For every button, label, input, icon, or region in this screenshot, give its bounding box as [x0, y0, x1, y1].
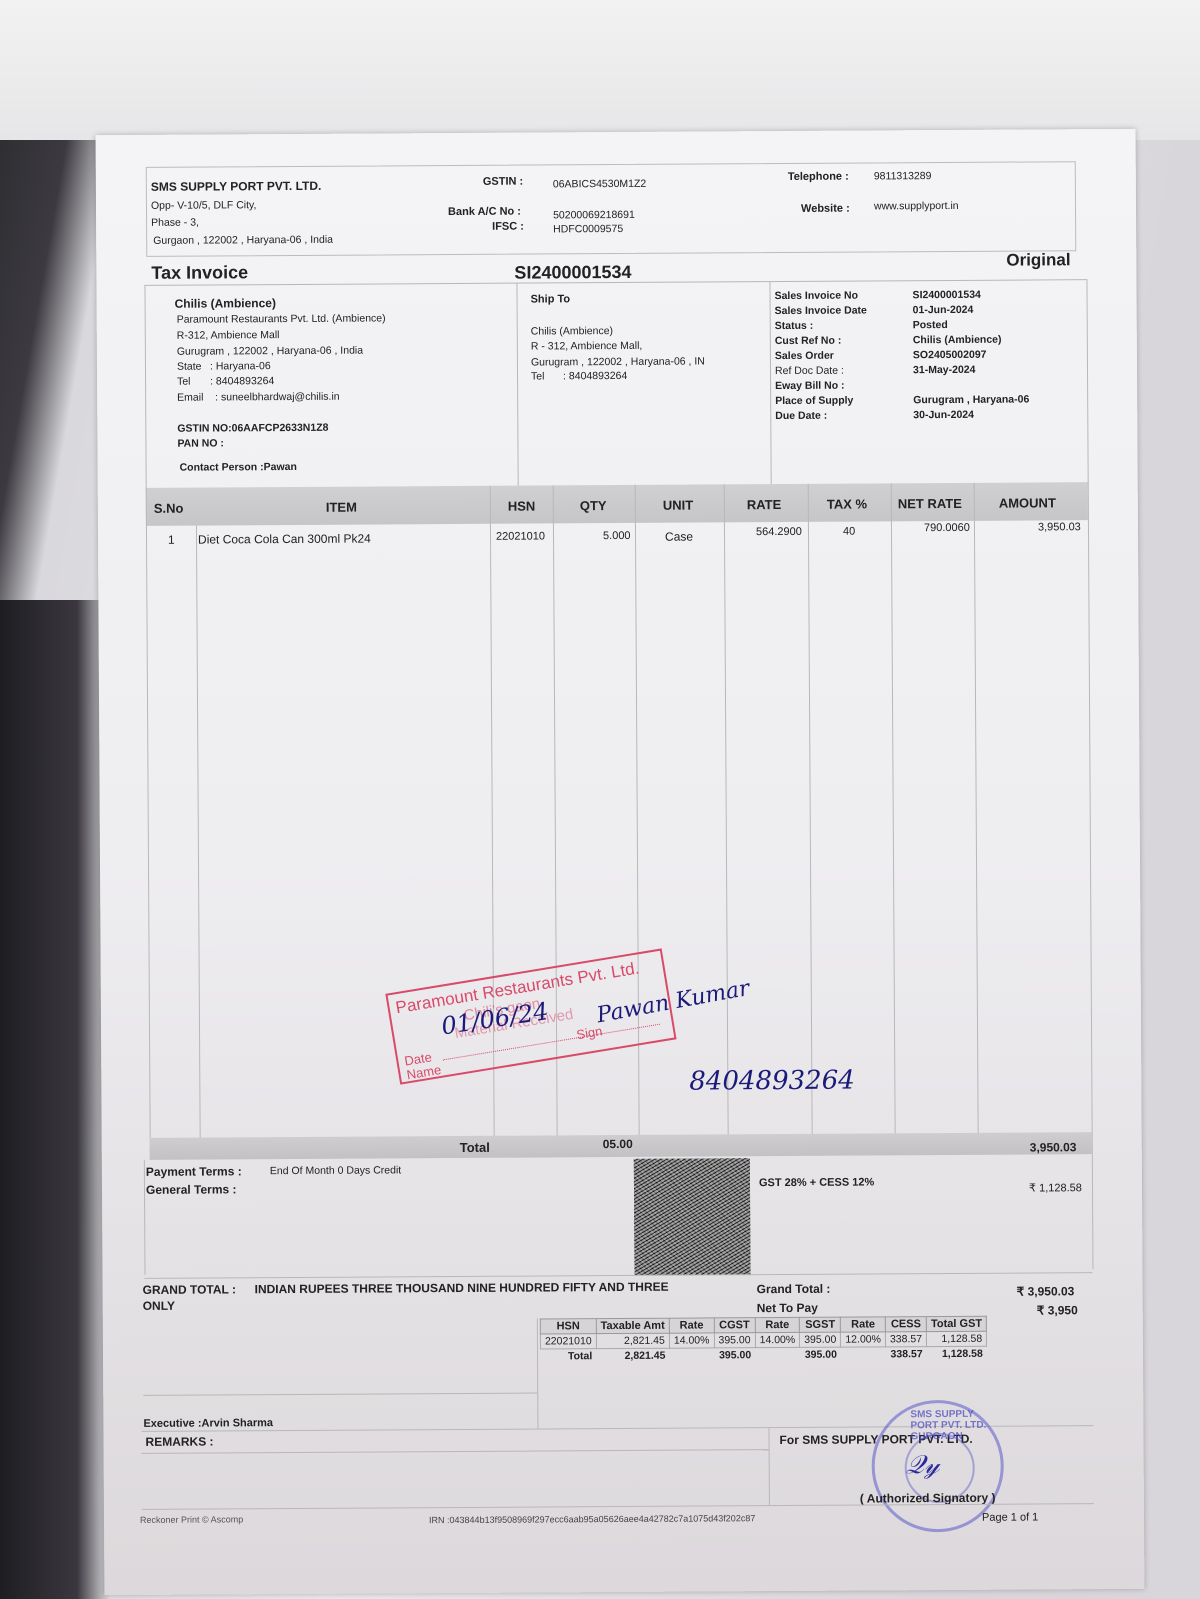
background-shadow — [0, 600, 110, 1599]
col-rate: RATE — [747, 497, 782, 512]
seller-address-2: Phase - 3, — [151, 216, 199, 231]
gst-empty — [841, 1347, 886, 1362]
gst-col-taxable: Taxable Amt — [596, 1318, 669, 1333]
gst-col-cess: CESS — [885, 1317, 926, 1332]
meta-value-status: Posted — [913, 317, 1029, 333]
ifsc-label: IFSC : — [492, 221, 524, 233]
gst-total-row: Total 2,821.45 395.00 395.00 338.57 1,12… — [540, 1346, 986, 1363]
col-qty: QTY — [580, 498, 607, 513]
handwritten-phone: 8404893264 — [689, 1066, 855, 1097]
bill-to-line-2: R-312, Ambience Mall — [177, 328, 280, 344]
seller-website[interactable]: www.supplyport.in — [874, 200, 959, 213]
meta-value-invoice-no: SI2400001534 — [913, 287, 1029, 303]
grand-total-words-label: GRAND TOTAL : — [143, 1282, 236, 1298]
bill-to-email: : suneelbhardwaj@chilis.in — [215, 390, 340, 406]
gst-cell: 395.00 — [714, 1333, 755, 1348]
seller-name: SMS SUPPLY PORT PVT. LTD. — [151, 179, 322, 194]
website-label: Website : — [801, 203, 850, 215]
print-credit: Reckoner Print © Ascomp — [140, 1514, 243, 1525]
gst-col-rate: Rate — [755, 1317, 800, 1332]
gst-total-gst: 1,128.58 — [927, 1346, 987, 1361]
col-hsn: HSN — [508, 499, 536, 514]
gst-col-total: Total GST — [926, 1316, 986, 1331]
doc-number: SI2400001534 — [514, 262, 631, 284]
payment-terms-value: End Of Month 0 Days Credit — [270, 1164, 401, 1177]
gst-total-label: Total — [540, 1349, 596, 1364]
gst-total-cess: 338.57 — [885, 1347, 926, 1362]
background-surface — [0, 0, 1200, 140]
row-amount: 3,950.03 — [1038, 521, 1081, 533]
meta-label: Due Date : — [775, 408, 867, 424]
invoice-document: SMS SUPPLY PORT PVT. LTD. Opp- V-10/5, D… — [96, 129, 1145, 1595]
gst-empty — [669, 1348, 714, 1363]
gst-empty — [755, 1347, 800, 1362]
tax-summary-amount: ₹ 1,128.58 — [1029, 1181, 1082, 1194]
ifsc-code: HDFC0009575 — [553, 223, 623, 235]
meta-value-cust-ref: Chilis (Ambience) — [913, 332, 1029, 348]
row-net-rate: 790.0060 — [924, 522, 970, 534]
ship-to-line-2: R - 312, Ambience Mall, — [531, 339, 643, 355]
seller-address-3: Gurgaon , 122002 , Haryana-06 , India — [153, 233, 333, 249]
bill-to-line-1: Paramount Restaurants Pvt. Ltd. (Ambienc… — [177, 311, 386, 327]
bill-to-state: : Haryana-06 — [210, 359, 271, 374]
gst-cell: 2,821.45 — [596, 1333, 669, 1348]
grand-total-words-cont: ONLY — [143, 1299, 175, 1314]
meta-value-eway-bill — [913, 377, 1029, 393]
grand-total-value: ₹ 3,950.03 — [1017, 1284, 1075, 1298]
ship-to-line-1: Chilis (Ambience) — [531, 324, 613, 340]
gst-cell: 395.00 — [800, 1332, 841, 1347]
gst-col-sgst: SGST — [800, 1317, 841, 1332]
gst-total-taxable: 2,821.45 — [596, 1348, 669, 1363]
gst-cell: 12.00% — [841, 1332, 886, 1347]
meta-label: Sales Invoice No — [775, 288, 867, 304]
items-table-header: S.No ITEM HSN QTY UNIT RATE TAX % NET RA… — [146, 482, 1088, 526]
copy-label: Original — [1006, 250, 1070, 270]
items-total-row: Total 05.00 3,950.03 — [150, 1132, 1092, 1160]
net-to-pay-label: Net To Pay — [757, 1301, 818, 1315]
row-tax: 40 — [843, 526, 855, 538]
bill-to-line-3: Gurugram , 122002 , Haryana-06 , India — [177, 344, 363, 360]
payment-terms-label: Payment Terms : — [146, 1164, 242, 1179]
ship-to-tel-label: Tel — [531, 369, 545, 384]
grand-total-label: Grand Total : — [757, 1282, 831, 1296]
row-rate: 564.2900 — [756, 526, 802, 538]
gst-total-cgst: 395.00 — [714, 1348, 755, 1363]
meta-value-place-of-supply: Gurugram , Haryana-06 — [913, 392, 1029, 408]
general-terms-label: General Terms : — [146, 1182, 237, 1197]
gst-col-rate: Rate — [841, 1317, 886, 1332]
meta-label: Place of Supply — [775, 393, 867, 409]
seller-address-1: Opp- V-10/5, DLF City, — [151, 198, 257, 214]
bill-to-tel: : 8404893264 — [210, 374, 274, 389]
col-item: ITEM — [326, 500, 357, 515]
col-tax: TAX % — [827, 496, 867, 511]
meta-value-ref-doc-date: 31-May-2024 — [913, 362, 1029, 378]
meta-label: Ref Doc Date : — [775, 363, 867, 379]
meta-label: Sales Invoice Date — [775, 303, 867, 319]
total-label: Total — [460, 1140, 490, 1155]
row-hsn: 22021010 — [496, 530, 545, 542]
col-net-rate: NET RATE — [898, 496, 962, 511]
gst-cell: 1,128.58 — [927, 1331, 987, 1346]
col-unit: UNIT — [663, 498, 693, 513]
ship-to-label: Ship To — [531, 293, 571, 305]
seal-text: SMS SUPPLY PORT PVT. LTD. GURGAON — [910, 1409, 1000, 1443]
bill-to-gstin: GSTIN NO:06AAFCP2633N1Z8 — [177, 421, 328, 437]
col-sno: S.No — [154, 501, 184, 516]
total-qty: 05.00 — [603, 1137, 633, 1151]
meta-value-sales-order: SO2405002097 — [913, 347, 1029, 363]
gst-breakup-table: HSN Taxable Amt Rate CGST Rate SGST Rate… — [540, 1316, 988, 1364]
row-item: Diet Coca Cola Can 300ml Pk24 — [198, 532, 371, 547]
gst-cell: 14.00% — [755, 1332, 800, 1347]
seller-gstin: 06ABICS4530M1Z2 — [553, 178, 646, 191]
tax-summary-label: GST 28% + CESS 12% — [759, 1176, 874, 1189]
ship-to-tel: : 8404893264 — [563, 369, 627, 384]
invoice-meta-values: SI2400001534 01-Jun-2024 Posted Chilis (… — [913, 287, 1030, 423]
bill-to-pan: PAN NO : — [177, 436, 224, 451]
signatory-signature: 𝒬𝓎 — [906, 1450, 940, 1481]
gst-col-cgst: CGST — [714, 1318, 755, 1333]
remarks-label: REMARKS : — [145, 1434, 213, 1448]
meta-label: Eway Bill No : — [775, 378, 867, 394]
seller-telephone: 9811313289 — [874, 170, 932, 182]
irn: IRN :043844b13f9508969f297ecc6aab95a0562… — [429, 1513, 755, 1525]
row-qty: 5.000 — [603, 530, 631, 542]
bill-to-state-label: State — [177, 360, 202, 375]
meta-label: Status : — [775, 318, 867, 334]
executive: Executive :Arvin Sharma — [143, 1417, 273, 1430]
gstin-label: GSTIN : — [483, 176, 523, 188]
row-unit: Case — [665, 530, 693, 544]
qr-code — [634, 1158, 751, 1275]
bill-to-email-label: Email — [177, 391, 203, 406]
grand-total-words: INDIAN RUPEES THREE THOUSAND NINE HUNDRE… — [255, 1280, 669, 1298]
gst-total-sgst: 395.00 — [800, 1347, 841, 1362]
telephone-label: Telephone : — [788, 171, 849, 183]
bank-account: 50200069218691 — [553, 209, 635, 221]
contact-person: Contact Person :Pawan — [180, 460, 297, 476]
invoice-meta: Sales Invoice No Sales Invoice Date Stat… — [775, 288, 868, 424]
total-amount: 3,950.03 — [1030, 1140, 1077, 1154]
bill-to-tel-label: Tel — [177, 375, 191, 390]
gst-col-rate: Rate — [669, 1318, 714, 1333]
meta-label: Cust Ref No : — [775, 333, 867, 349]
bill-to-name: Chilis (Ambience) — [175, 296, 276, 311]
meta-value-invoice-date: 01-Jun-2024 — [913, 302, 1029, 318]
gst-cell: 338.57 — [885, 1332, 926, 1347]
page-number: Page 1 of 1 — [982, 1511, 1038, 1523]
bank-label: Bank A/C No : — [448, 206, 521, 218]
meta-value-due-date: 30-Jun-2024 — [913, 407, 1029, 423]
net-to-pay-value: ₹ 3,950 — [1037, 1303, 1078, 1317]
meta-label: Sales Order — [775, 348, 867, 364]
gst-cell: 22021010 — [540, 1334, 596, 1349]
doc-title: Tax Invoice — [151, 262, 248, 284]
row-sno: 1 — [168, 533, 175, 547]
col-amount: AMOUNT — [999, 495, 1056, 510]
gst-cell: 14.00% — [669, 1333, 714, 1348]
gst-col-hsn: HSN — [540, 1319, 596, 1334]
